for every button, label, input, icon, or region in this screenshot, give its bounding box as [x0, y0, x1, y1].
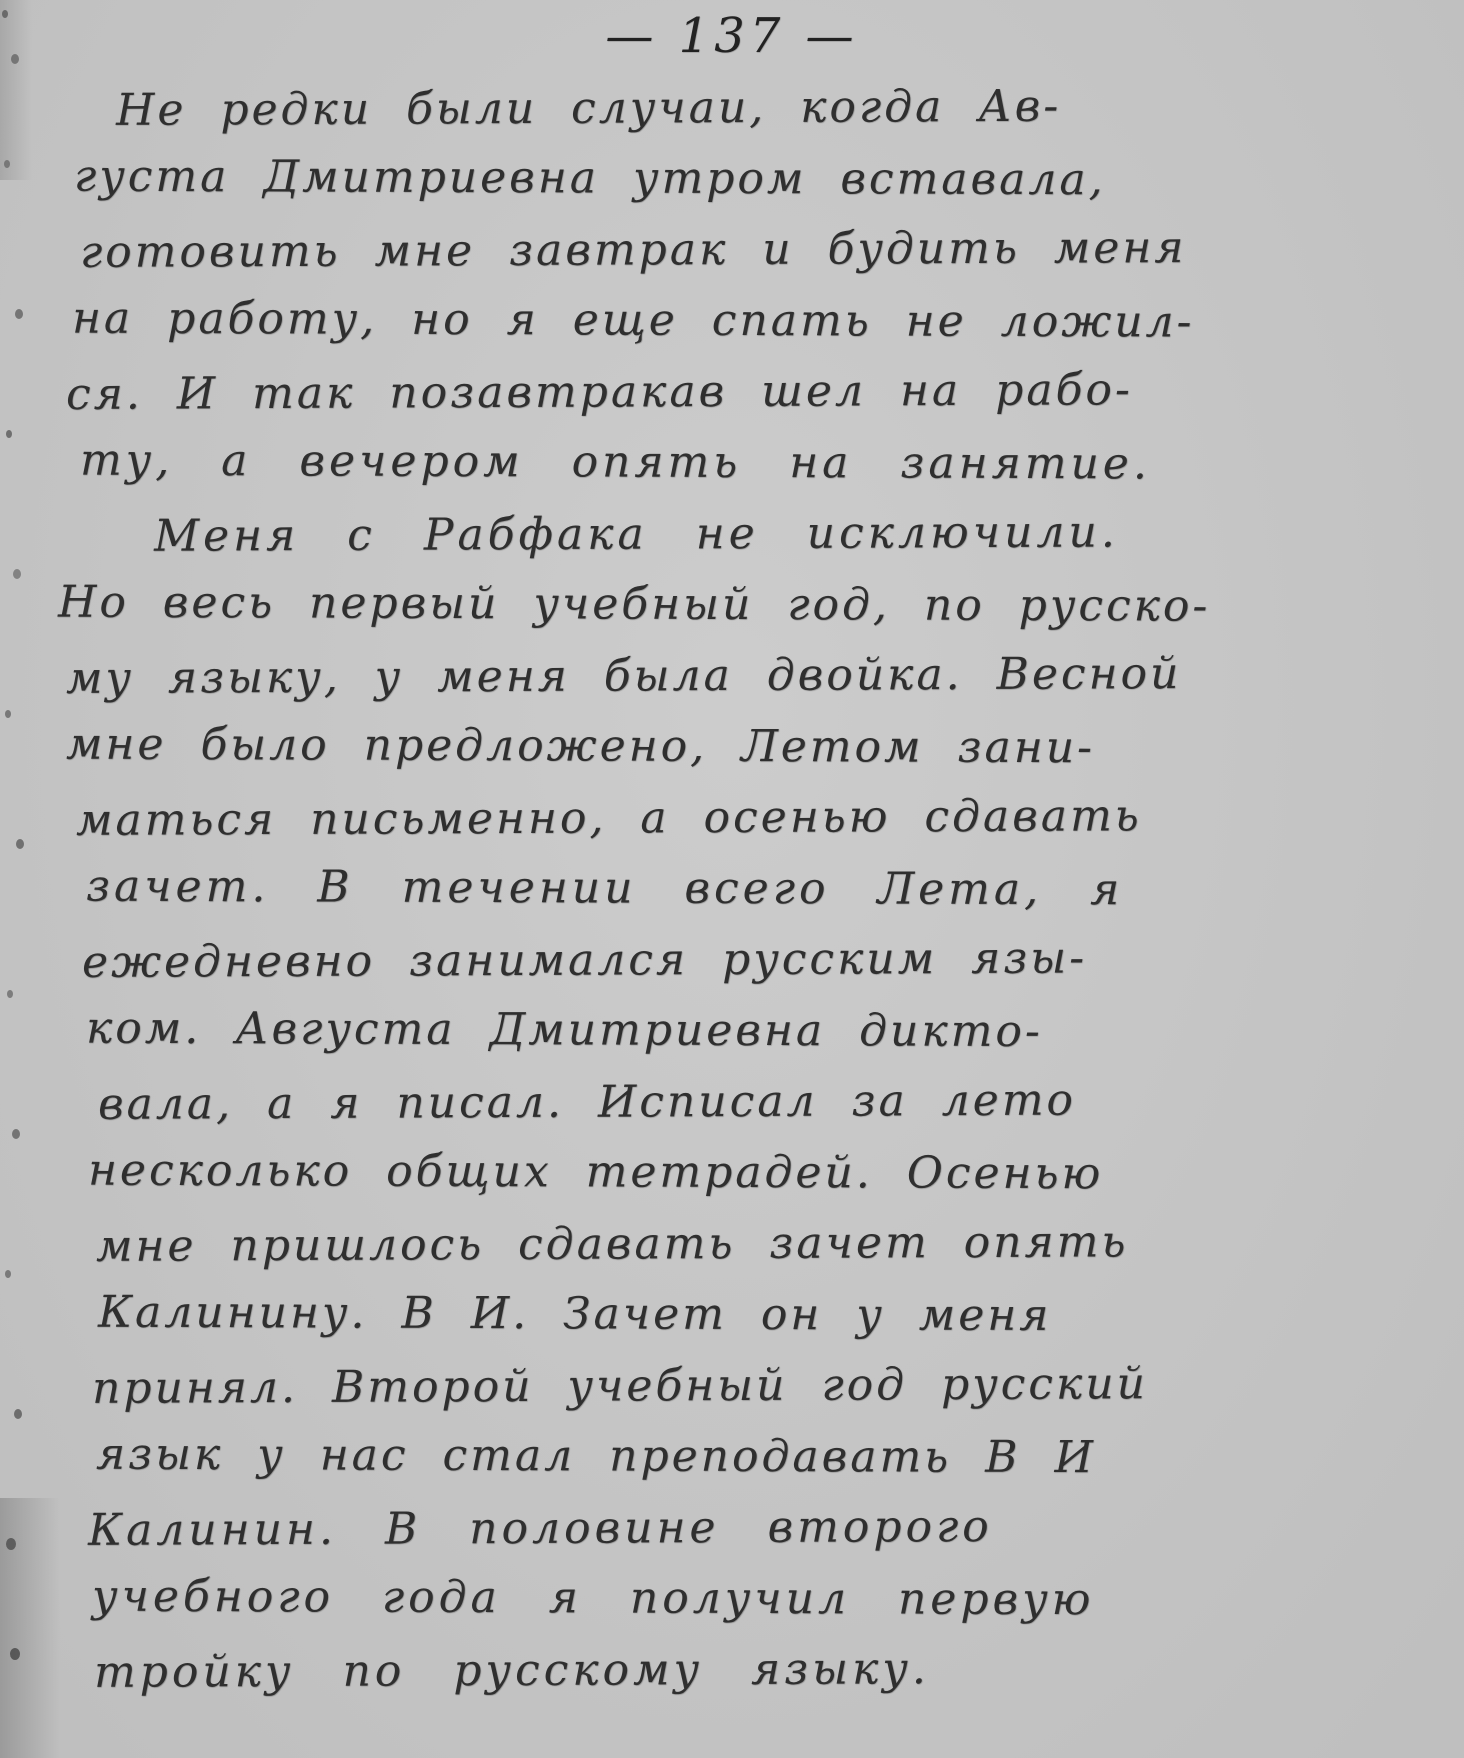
manuscript-line: Калинин. В половине второго: [88, 1489, 1414, 1566]
manuscript-line: мне было предложено, Летом зани-: [66, 709, 1414, 785]
manuscript-line: принял. Второй учебный год русский: [92, 1347, 1414, 1424]
manuscript-line: Меня с Рабфака не исключили.: [154, 495, 1414, 571]
manuscript-line: густа Дмитриевна утром вставала,: [74, 141, 1414, 217]
manuscript-line: тройку по русскому языку.: [94, 1631, 1414, 1708]
manuscript-text: Не редки были случаи, когда Ав- густа Дм…: [58, 72, 1414, 1705]
manuscript-line: ту, а вечером опять на занятие.: [80, 425, 1414, 501]
manuscript-line: маться письменно, а осенью сдавать: [76, 779, 1414, 856]
manuscript-line: учебного года я получил первую: [92, 1561, 1414, 1637]
manuscript-line: несколько общих тетрадей. Осенью: [88, 1135, 1414, 1211]
manuscript-line: ком. Августа Дмитриевна дикто-: [86, 993, 1414, 1069]
page-number: — 137 —: [0, 8, 1464, 64]
manuscript-line: на работу, но я еще спать не ложил-: [72, 283, 1414, 359]
manuscript-page: — 137 — Не редки были случаи, когда Ав- …: [0, 0, 1464, 1758]
manuscript-line: зачет. В течении всего Лета, я: [86, 851, 1414, 927]
manuscript-line: мне пришлось сдавать зачет опять: [96, 1205, 1414, 1282]
manuscript-line: Но весь первый учебный год, по русско-: [58, 567, 1414, 643]
manuscript-line: готовить мне завтрак и будить меня: [80, 211, 1414, 288]
manuscript-line: язык у нас стал преподавать В И: [96, 1419, 1414, 1495]
manuscript-line: Не редки были случаи, когда Ав-: [116, 69, 1414, 146]
manuscript-line: му языку, у меня была двойка. Весной: [66, 637, 1414, 714]
manuscript-line: ся. И так позавтракав шел на рабо-: [66, 353, 1414, 430]
manuscript-line: ежедневно занимался русским язы-: [82, 921, 1414, 998]
manuscript-line: вала, а я писал. Исписал за лето: [98, 1063, 1414, 1140]
manuscript-line: Калинину. В И. Зачет он у меня: [98, 1277, 1414, 1353]
